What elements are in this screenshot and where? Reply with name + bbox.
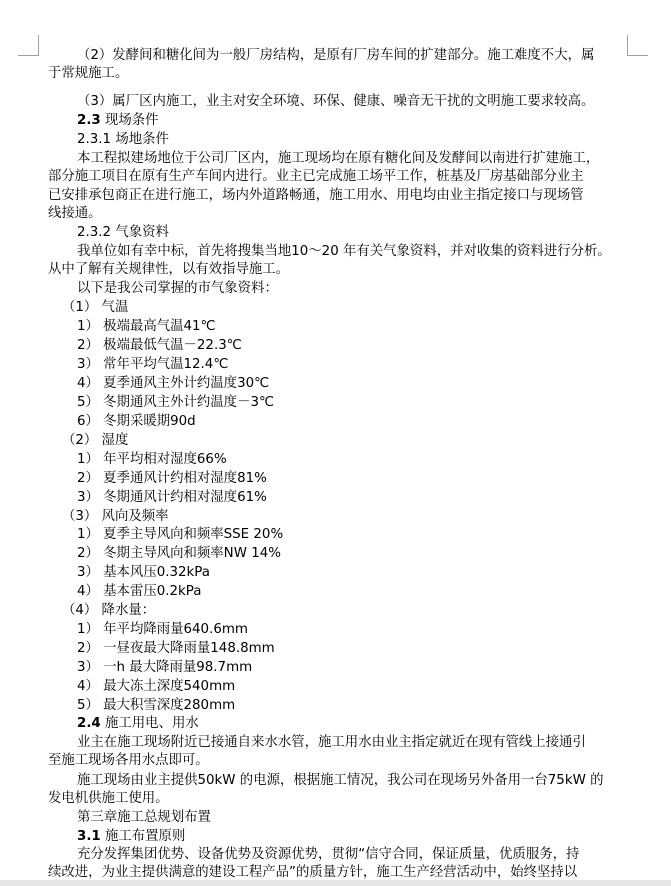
text-line: 6） 冬期采暖期90d [77,413,196,431]
line-text: 续改进，为业主提供满意的建设工程产品”的质量方针，施工生产经营活动中，始终坚持以 [48,865,577,880]
line-text: （3）属厂区内施工，业主对安全环境、环保、健康、噪音无干扰的文明施工要求较高。 [77,94,594,109]
line-text: 4） 夏季通风主外计约温度30℃ [77,376,269,391]
line-text: 现场条件 [101,113,159,128]
text-line: 1） 夏季主导风向和频率SSE 20% [77,526,283,544]
text-line: （2）发酵间和糖化间为一般厂房结构，是原有厂房车间的扩建部分。施工难度不大，属 [77,47,594,65]
line-text: 2） 一昼夜最大降雨量148.8mm [77,641,275,656]
text-line: 1） 年平均相对湿度66% [77,451,227,469]
line-text: 施工现场由业主提供50kW 的电源，根据施工情况，我公司在现场另外备用一台75k… [77,773,603,788]
document-page: （2）发酵间和糖化间为一般厂房结构，是原有厂房车间的扩建部分。施工难度不大，属于… [0,0,671,880]
section-heading: 3.1 施工布置原则 [77,828,185,846]
line-text: 我单位如有幸中标，首先将搜集当地10～20 年有关气象资料，并对收集的资料进行分… [77,244,611,259]
text-line: 2） 夏季通风计约相对湿度81% [77,470,267,488]
text-line: （1） 气温 [62,299,128,317]
section-number: 2.3 [77,113,101,128]
text-line: （3）属厂区内施工，业主对安全环境、环保、健康、噪音无干扰的文明施工要求较高。 [77,93,594,111]
line-text: 6） 冬期采暖期90d [77,414,196,429]
line-text: （4） 降水量： [62,603,155,618]
text-line: 从中了解有关规律性，以有效指导施工。 [48,261,289,279]
line-text: 4） 基本雷压0.2kPa [77,584,201,599]
text-line: 发电机供施工使用。 [48,790,169,808]
text-line: 3） 常年平均气温12.4℃ [77,356,228,374]
line-text: 2） 夏季通风计约相对湿度81% [77,471,267,486]
section-heading: 2.4 施工用电、用水 [77,715,199,733]
line-text: 3） 冬期通风计约相对湿度61% [77,490,267,505]
line-text: 业主在施工现场附近已接通自来水水管，施工用水由业主指定就近在现有管线上接通引 [77,735,586,750]
line-text: 至施工现场各用水点即可。 [48,753,209,768]
page-gap [0,880,671,886]
text-line: （2） 湿度 [62,432,128,450]
text-line: 于常规施工。 [48,65,128,83]
text-line: 施工现场由业主提供50kW 的电源，根据施工情况，我公司在现场另外备用一台75k… [77,772,603,790]
text-line: 1） 极端最高气温41℃ [77,318,216,336]
text-line: 2.3.2 气象资料 [77,224,169,242]
section-number: 3.1 [77,829,101,844]
text-line: 充分发挥集团优势、设备优势及资源优势，贯彻“信守合同，保证质量，优质服务，持 [77,846,579,864]
line-text: 充分发挥集团优势、设备优势及资源优势，贯彻“信守合同，保证质量，优质服务，持 [77,847,579,862]
line-text: 于常规施工。 [48,66,128,81]
line-text: （2）发酵间和糖化间为一般厂房结构，是原有厂房车间的扩建部分。施工难度不大，属 [77,48,594,63]
text-line: 5） 最大积雪深度280mm [77,697,235,715]
text-line: 1） 年平均降雨量640.6mm [77,621,248,639]
line-text: 第三章施工总规划布置 [77,810,211,825]
text-line: 5） 冬期通风主外计约温度－3℃ [77,394,274,412]
text-line: 线接通。 [48,205,102,223]
line-text: 线接通。 [48,206,102,221]
text-line: 本工程拟建场地位于公司厂区内，施工现场均在原有糖化间及发酵间以南进行扩建施工， [77,150,599,168]
text-line: 以下是我公司掌握的市气象资料： [77,280,278,298]
text-line: 部分施工项目在原有生产车间内进行。业主已完成施工场平工作，桩基及厂房基础部分业主 [48,168,584,186]
line-text: 3） 一h 最大降雨量98.7mm [77,660,252,675]
text-line: 4） 基本雷压0.2kPa [77,583,201,601]
line-text: 2.3.1 场地条件 [77,132,169,147]
text-line: 至施工现场各用水点即可。 [48,752,209,770]
text-line: 2） 一昼夜最大降雨量148.8mm [77,640,275,658]
line-text: 发电机供施工使用。 [48,791,169,806]
line-text: 2） 冬期主导风向和频率NW 14% [77,546,281,561]
text-line: 2.3.1 场地条件 [77,131,169,149]
line-text: 从中了解有关规律性，以有效指导施工。 [48,262,289,277]
text-line: 3） 一h 最大降雨量98.7mm [77,659,252,677]
line-text: 2.3.2 气象资料 [77,225,169,240]
line-text: （2） 湿度 [62,433,128,448]
line-text: 以下是我公司掌握的市气象资料： [77,281,278,296]
text-line: 4） 最大冻土深度540mm [77,678,235,696]
line-text: 1） 年平均相对湿度66% [77,452,227,467]
line-text: 施工布置原则 [101,829,186,844]
line-text: 1） 极端最高气温41℃ [77,319,216,334]
line-text: 2） 极端最低气温－22.3℃ [77,338,242,353]
line-text: 4） 最大冻土深度540mm [77,679,235,694]
text-line: 第三章施工总规划布置 [77,809,211,827]
line-text: （1） 气温 [62,300,128,315]
text-line: （4） 降水量： [62,602,155,620]
line-text: 1） 夏季主导风向和频率SSE 20% [77,527,283,542]
text-line: （3） 风向及频率 [62,508,169,526]
line-text: （3） 风向及频率 [62,509,169,524]
text-line: 2） 极端最低气温－22.3℃ [77,337,242,355]
section-heading: 2.3 现场条件 [77,112,159,130]
text-line: 2） 冬期主导风向和频率NW 14% [77,545,281,563]
line-text: 施工用电、用水 [101,716,199,731]
text-line: 我单位如有幸中标，首先将搜集当地10～20 年有关气象资料，并对收集的资料进行分… [77,243,611,261]
text-line: 已安排承包商正在进行施工，场内外道路畅通，施工用水、用电均由业主指定接口与现场管 [48,187,584,205]
line-text: 3） 基本风压0.32kPa [77,565,210,580]
text-line: 4） 夏季通风主外计约温度30℃ [77,375,269,393]
margin-corner-mark-right [627,35,648,56]
line-text: 5） 最大积雪深度280mm [77,698,235,713]
line-text: 3） 常年平均气温12.4℃ [77,357,228,372]
line-text: 5） 冬期通风主外计约温度－3℃ [77,395,274,410]
text-line: 业主在施工现场附近已接通自来水水管，施工用水由业主指定就近在现有管线上接通引 [77,734,586,752]
text-line: 3） 基本风压0.32kPa [77,564,210,582]
line-text: 1） 年平均降雨量640.6mm [77,622,248,637]
line-text: 已安排承包商正在进行施工，场内外道路畅通，施工用水、用电均由业主指定接口与现场管 [48,188,584,203]
margin-corner-mark-left [18,35,39,56]
line-text: 部分施工项目在原有生产车间内进行。业主已完成施工场平工作，桩基及厂房基础部分业主 [48,169,584,184]
text-line: 3） 冬期通风计约相对湿度61% [77,489,267,507]
section-number: 2.4 [77,716,101,731]
line-text: 本工程拟建场地位于公司厂区内，施工现场均在原有糖化间及发酵间以南进行扩建施工， [77,151,599,166]
